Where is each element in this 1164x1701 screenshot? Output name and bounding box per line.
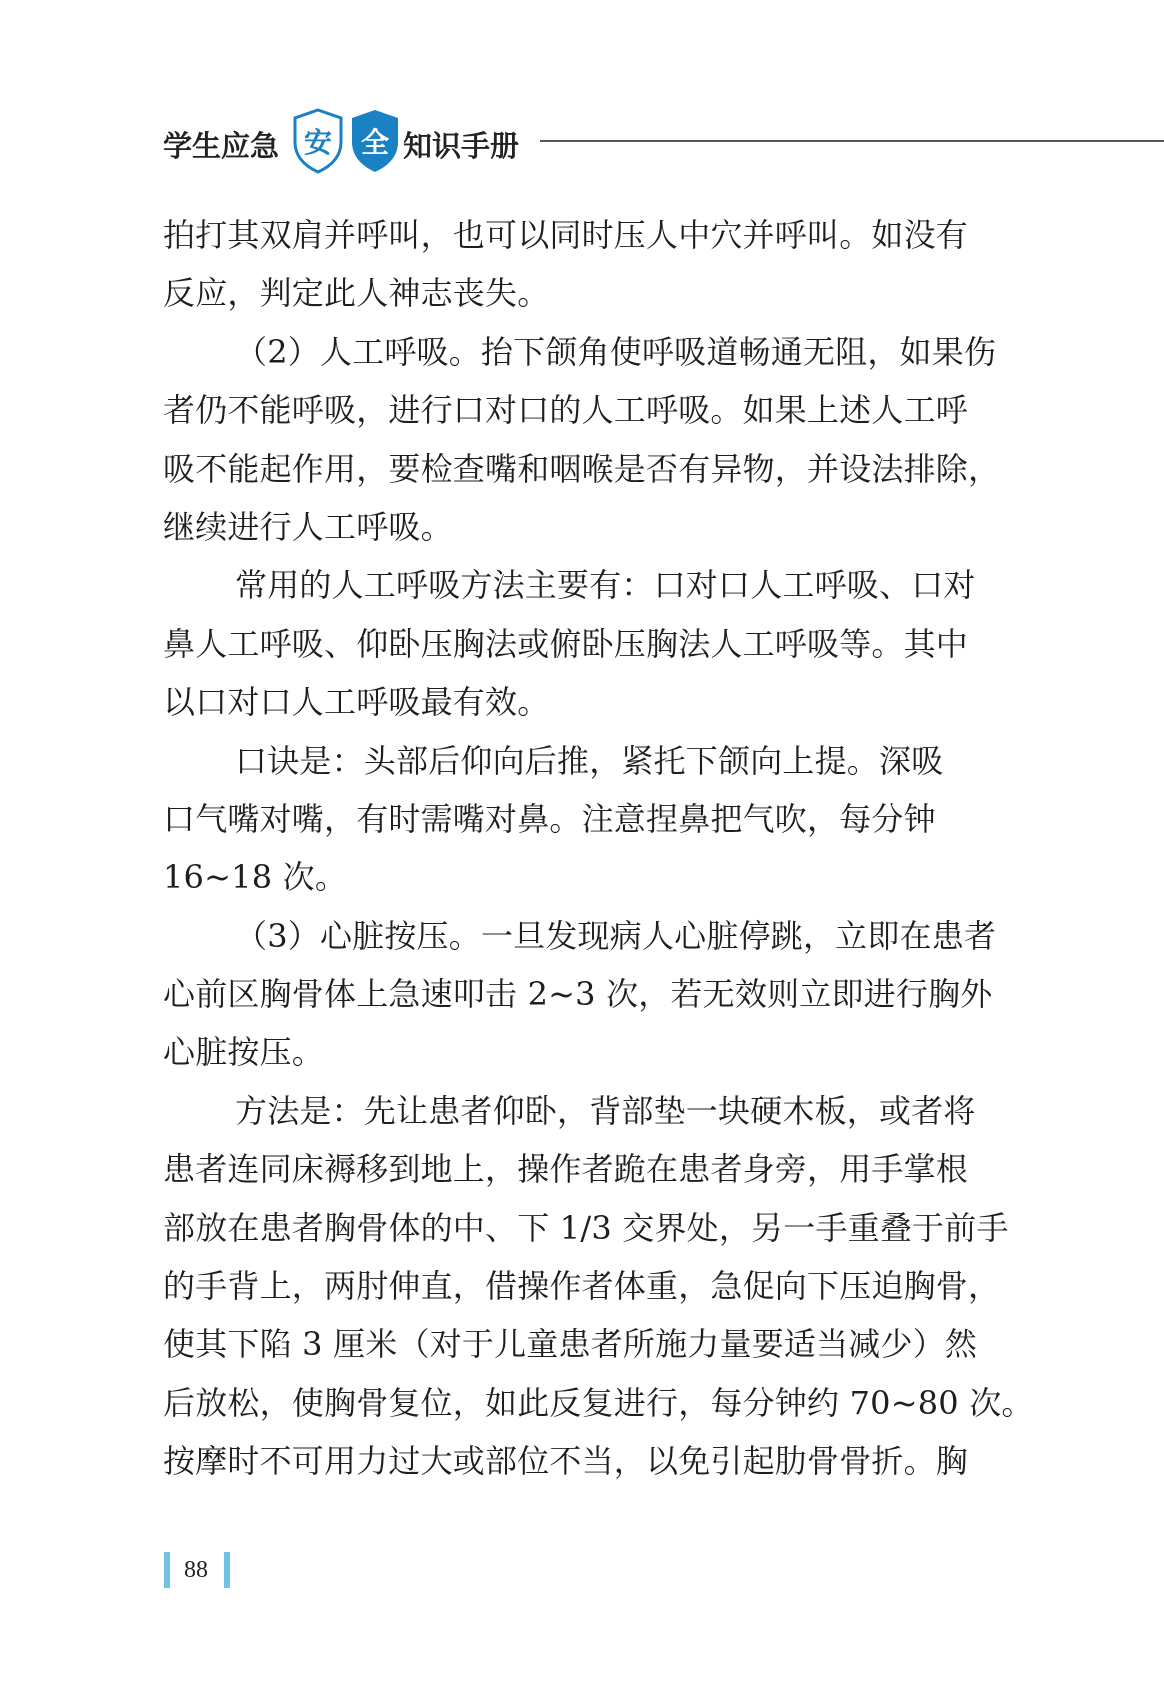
text-line: 吸不能起作用，要检查嘴和咽喉是否有异物，并设法排除， xyxy=(163,440,1023,498)
text-line: （2）人工呼吸。抬下颌角使呼吸道畅通无阻，如果伤 xyxy=(163,323,1023,381)
page-number-bar-left xyxy=(164,1552,170,1588)
text-line: 鼻人工呼吸、仰卧压胸法或俯卧压胸法人工呼吸等。其中 xyxy=(163,615,1023,673)
text-line: 使其下陷 3 厘米（对于儿童患者所施力量要适当减少）然 xyxy=(163,1315,1023,1373)
shield-filled-icon: 全 xyxy=(348,108,402,174)
text-line: （3）心脏按压。一旦发现病人心脏停跳，立即在患者 xyxy=(163,907,1023,965)
text-line: 心前区胸骨体上急速叩击 2~3 次，若无效则立即进行胸外 xyxy=(163,965,1023,1023)
header-title-right: 知识手册 xyxy=(403,124,519,165)
body-text: 拍打其双肩并呼叫，也可以同时压人中穴并呼叫。如没有 反应，判定此人神志丧失。 （… xyxy=(163,206,1023,1491)
text-line: 拍打其双肩并呼叫，也可以同时压人中穴并呼叫。如没有 xyxy=(163,206,1023,264)
text-line: 部放在患者胸骨体的中、下 1/3 交界处，另一手重叠于前手 xyxy=(163,1199,1023,1257)
text-line: 方法是：先让患者仰卧，背部垫一块硬木板，或者将 xyxy=(163,1082,1023,1140)
text-line: 口诀是：头部后仰向后推，紧托下颌向上提。深吸 xyxy=(163,732,1023,790)
shield-outline-icon: 安 xyxy=(291,108,345,174)
header-title-left: 学生应急 xyxy=(163,124,279,165)
shield-1-char: 安 xyxy=(291,121,345,161)
page-number: 88 xyxy=(184,1554,208,1586)
text-line: 常用的人工呼吸方法主要有：口对口人工呼吸、口对 xyxy=(163,556,1023,614)
text-line: 患者连同床褥移到地上，操作者跪在患者身旁，用手掌根 xyxy=(163,1140,1023,1198)
running-header: 学生应急 安 全 知识手册 xyxy=(163,108,1164,174)
text-line: 16~18 次。 xyxy=(163,848,1023,906)
text-line: 心脏按压。 xyxy=(163,1023,1023,1081)
text-line: 继续进行人工呼吸。 xyxy=(163,498,1023,556)
text-line: 者仍不能呼吸，进行口对口的人工呼吸。如果上述人工呼 xyxy=(163,381,1023,439)
text-line: 后放松，使胸骨复位，如此反复进行，每分钟约 70~80 次。 xyxy=(163,1374,1023,1432)
text-line: 反应，判定此人神志丧失。 xyxy=(163,264,1023,322)
text-line: 的手背上，两肘伸直，借操作者体重，急促向下压迫胸骨， xyxy=(163,1257,1023,1315)
text-line: 以口对口人工呼吸最有效。 xyxy=(163,673,1023,731)
header-divider xyxy=(540,140,1164,142)
shield-2-char: 全 xyxy=(348,121,402,161)
text-line: 口气嘴对嘴，有时需嘴对鼻。注意捏鼻把气吹，每分钟 xyxy=(163,790,1023,848)
text-line: 按摩时不可用力过大或部位不当，以免引起肋骨骨折。胸 xyxy=(163,1432,1023,1490)
page-number-bar-right xyxy=(224,1552,230,1588)
